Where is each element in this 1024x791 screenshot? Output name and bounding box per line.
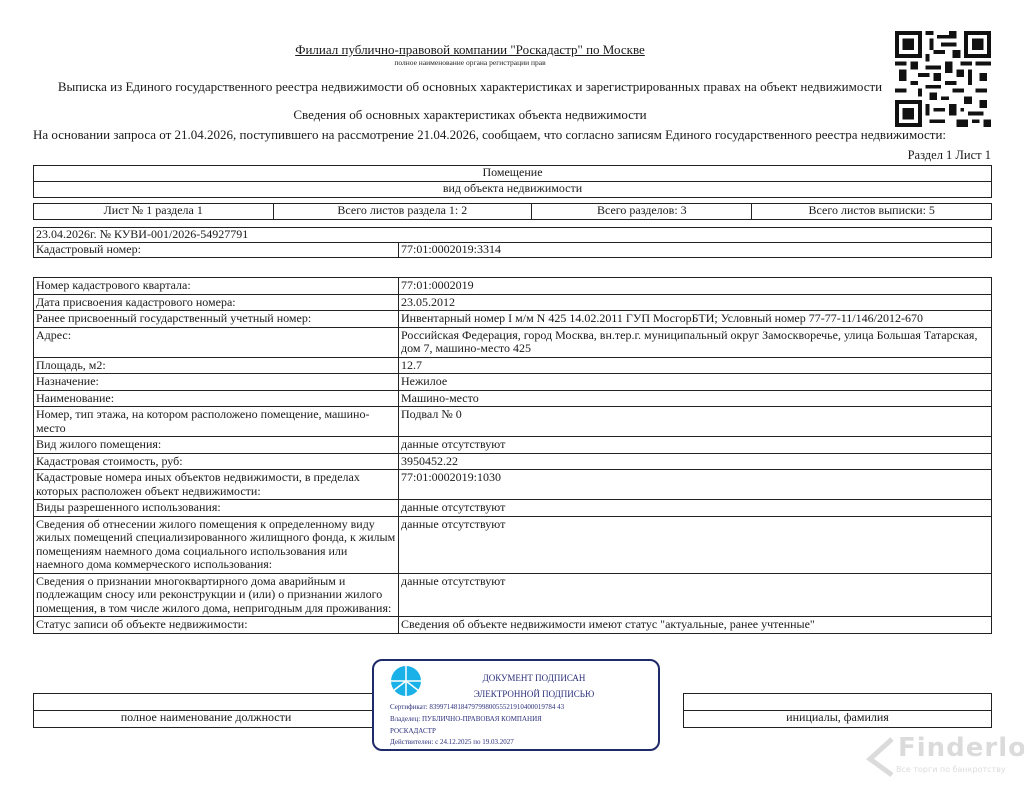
cadastral-number-value: 77:01:0002019:3314 [399, 243, 992, 258]
rosreestr-logo-icon [390, 665, 422, 697]
table-row: Кадастровая стоимость, руб:3950452.22 [34, 453, 992, 470]
table-row: Площадь, м2:12.7 [34, 357, 992, 374]
object-type-value: Помещение [34, 166, 992, 182]
document-title: Выписка из Единого государственного реес… [30, 79, 910, 95]
row-label: Ранее присвоенный государственный учетны… [34, 311, 399, 328]
table-row: Номер, тип этажа, на котором расположено… [34, 407, 992, 437]
cadastral-number-label: Кадастровый номер: [34, 243, 399, 258]
row-label: Адрес: [34, 327, 399, 357]
row-label: Номер кадастрового квартала: [34, 278, 399, 295]
name-field [684, 694, 992, 711]
position-field [34, 694, 379, 711]
row-label: Кадастровые номера иных объектов недвижи… [34, 470, 399, 500]
row-value: 12.7 [399, 357, 992, 374]
watermark: Finderlot Все торги по банкротству [866, 733, 1016, 783]
table-row: Вид жилого помещения:данные отсутствуют [34, 437, 992, 454]
row-label: Дата присвоения кадастрового номера: [34, 294, 399, 311]
table-row: Наименование:Машино-место [34, 390, 992, 407]
sheet-info-table: Лист № 1 раздела 1 Всего листов раздела … [33, 203, 992, 220]
object-type-caption: вид объекта недвижимости [34, 182, 992, 198]
row-label: Сведения об отнесении жилого помещения к… [34, 516, 399, 573]
table-row: Назначение:Нежилое [34, 374, 992, 391]
row-value: 77:01:0002019:1030 [399, 470, 992, 500]
row-label: Кадастровая стоимость, руб: [34, 453, 399, 470]
table-row: Виды разрешенного использования:данные о… [34, 500, 992, 517]
table-row: Кадастровые номера иных объектов недвижи… [34, 470, 992, 500]
table-row: Номер кадастрового квартала:77:01:000201… [34, 278, 992, 295]
finderlot-logo-icon [866, 737, 896, 777]
table-row: Адрес:Российская Федерация, город Москва… [34, 327, 992, 357]
table-row: Сведения о признании многоквартирного до… [34, 573, 992, 617]
basis-text: На основании запроса от 21.04.2026, пост… [33, 127, 946, 143]
stamp-owner-2: РОСКАДАСТР [390, 727, 436, 735]
section-sheets-total: Всего листов раздела 1: 2 [273, 204, 532, 220]
table-row: Сведения об отнесении жилого помещения к… [34, 516, 992, 573]
table-row: Ранее присвоенный государственный учетны… [34, 311, 992, 328]
table-row: Дата присвоения кадастрового номера:23.0… [34, 294, 992, 311]
sections-total: Всего разделов: 3 [532, 204, 752, 220]
table-row: Статус записи об объекте недвижимости:Св… [34, 617, 992, 634]
row-label: Наименование: [34, 390, 399, 407]
row-value: 3950452.22 [399, 453, 992, 470]
row-value: 77:01:0002019 [399, 278, 992, 295]
row-value: Подвал № 0 [399, 407, 992, 437]
name-caption: инициалы, фамилия [684, 711, 992, 728]
row-label: Сведения о признании многоквартирного до… [34, 573, 399, 617]
extract-sheets-total: Всего листов выписки: 5 [752, 204, 992, 220]
row-label: Статус записи об объекте недвижимости: [34, 617, 399, 634]
row-value: данные отсутствуют [399, 500, 992, 517]
extract-date-number: 23.04.2026г. № КУВИ-001/2026-54927791 [34, 228, 992, 243]
stamp-line2: ЭЛЕКТРОННОЙ ПОДПИСЬЮ [434, 689, 634, 699]
object-type-table: Помещение вид объекта недвижимости [33, 165, 992, 198]
row-label: Площадь, м2: [34, 357, 399, 374]
row-value: Российская Федерация, город Москва, вн.т… [399, 327, 992, 357]
row-label: Виды разрешенного использования: [34, 500, 399, 517]
row-value: Нежилое [399, 374, 992, 391]
row-value: Инвентарный номер I м/м N 425 14.02.2011… [399, 311, 992, 328]
row-label: Назначение: [34, 374, 399, 391]
qr-code-icon [895, 31, 991, 127]
stamp-certificate: Сертификат: 8399714818479799800555219104… [390, 703, 564, 711]
row-value: данные отсутствуют [399, 437, 992, 454]
row-value: Машино-место [399, 390, 992, 407]
position-caption: полное наименование должности [34, 711, 379, 728]
org-subtitle: полное наименование органа регистрации п… [0, 58, 940, 67]
stamp-line1: ДОКУМЕНТ ПОДПИСАН [434, 673, 634, 683]
row-value: данные отсутствуют [399, 516, 992, 573]
row-value: Сведения об объекте недвижимости имеют с… [399, 617, 992, 634]
electronic-signature-stamp: ДОКУМЕНТ ПОДПИСАН ЭЛЕКТРОННОЙ ПОДПИСЬЮ С… [372, 659, 660, 751]
sheet-number: Лист № 1 раздела 1 [34, 204, 274, 220]
characteristics-table: Номер кадастрового квартала:77:01:000201… [33, 277, 992, 634]
row-label: Номер, тип этажа, на котором расположено… [34, 407, 399, 437]
watermark-tagline: Все торги по банкротству [896, 765, 1006, 774]
row-label: Вид жилого помещения: [34, 437, 399, 454]
section-title: Сведения об основных характеристиках объ… [30, 107, 910, 123]
page-reference: Раздел 1 Лист 1 [908, 148, 991, 163]
org-title: Филиал публично-правовой компании "Роска… [0, 42, 940, 58]
stamp-validity: Действителен: с 24.12.2025 по 19.03.2027 [390, 738, 514, 746]
row-value: данные отсутствуют [399, 573, 992, 617]
stamp-owner: Владелец: ПУБЛИЧНО-ПРАВОВАЯ КОМПАНИЯ [390, 715, 542, 723]
extract-header-table: 23.04.2026г. № КУВИ-001/2026-54927791 Ка… [33, 227, 992, 258]
row-value: 23.05.2012 [399, 294, 992, 311]
watermark-brand: Finderlot [898, 733, 1024, 763]
